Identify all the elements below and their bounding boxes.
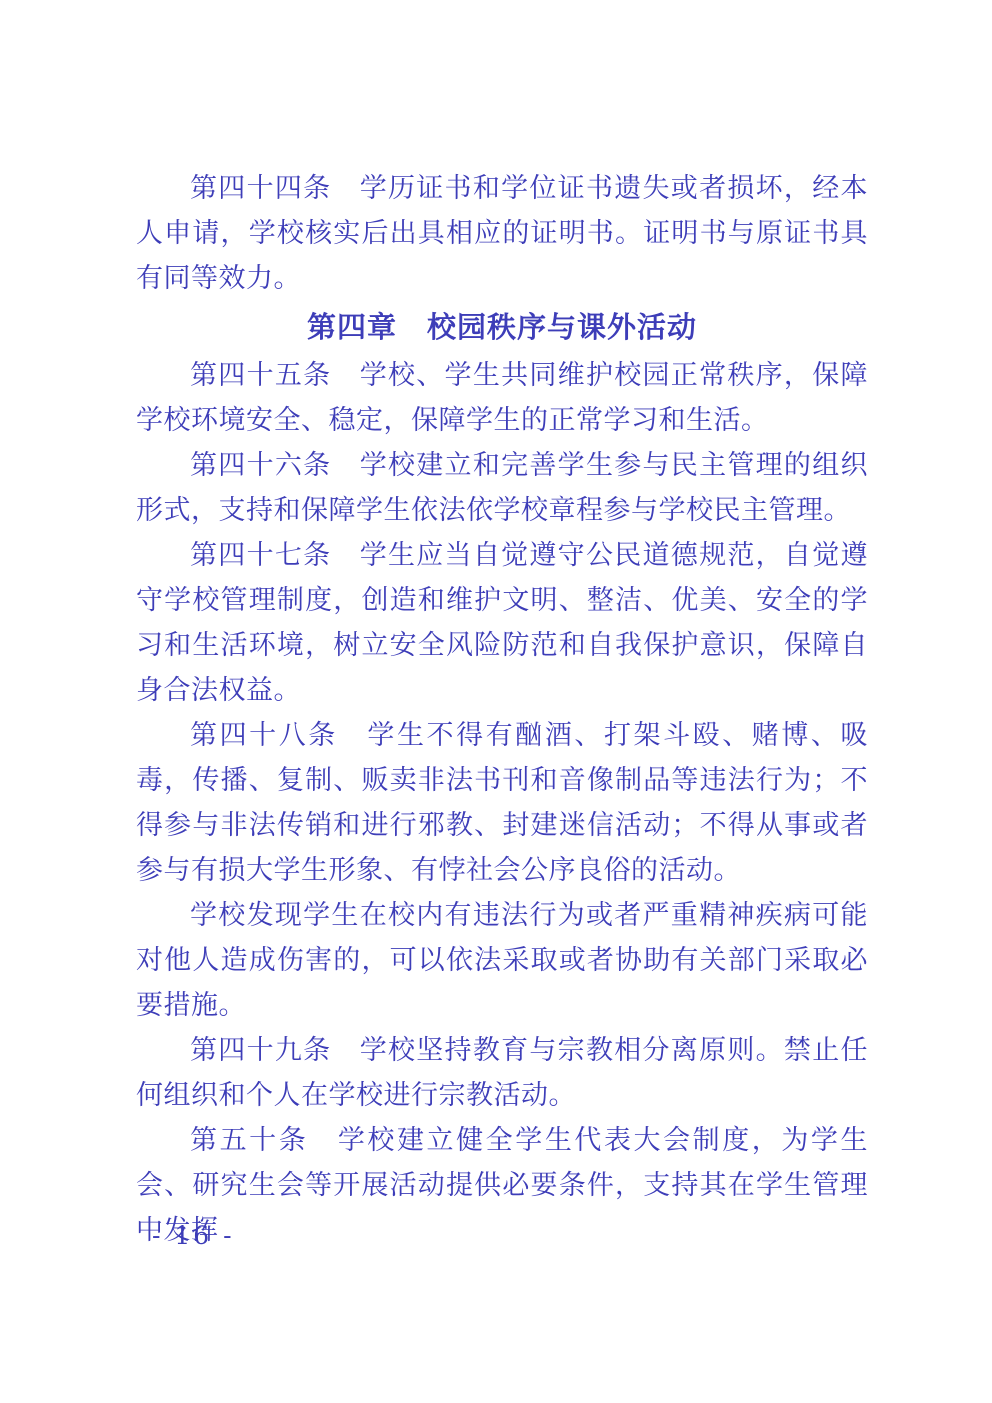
article-46-paragraph: 第四十六条 学校建立和完善学生参与民主管理的组织形式，支持和保障学生依法依学校章… — [136, 443, 868, 533]
article-48-continuation-paragraph: 学校发现学生在校内有违法行为或者严重精神疾病可能对他人造成伤害的，可以依法采取或… — [136, 893, 868, 1028]
article-48-paragraph: 第四十八条 学生不得有酗酒、打架斗殴、赌博、吸毒，传播、复制、贩卖非法书刊和音像… — [136, 713, 868, 893]
article-50-paragraph: 第五十条 学校建立健全学生代表大会制度，为学生会、研究生会等开展活动提供必要条件… — [136, 1118, 868, 1253]
document-body: 第四十四条 学历证书和学位证书遗失或者损坏，经本人申请，学校核实后出具相应的证明… — [136, 166, 868, 1253]
document-page: 第四十四条 学历证书和学位证书遗失或者损坏，经本人申请，学校核实后出具相应的证明… — [0, 0, 992, 1403]
article-45-paragraph: 第四十五条 学校、学生共同维护校园正常秩序，保障学校环境安全、稳定，保障学生的正… — [136, 353, 868, 443]
article-44-paragraph: 第四十四条 学历证书和学位证书遗失或者损坏，经本人申请，学校核实后出具相应的证明… — [136, 166, 868, 301]
article-47-paragraph: 第四十七条 学生应当自觉遵守公民道德规范，自觉遵守学校管理制度，创造和维护文明、… — [136, 533, 868, 713]
article-49-paragraph: 第四十九条 学校坚持教育与宗教相分离原则。禁止任何组织和个人在学校进行宗教活动。 — [136, 1028, 868, 1118]
chapter-4-heading: 第四章 校园秩序与课外活动 — [136, 301, 868, 353]
page-number: - 16 - — [152, 1220, 235, 1252]
